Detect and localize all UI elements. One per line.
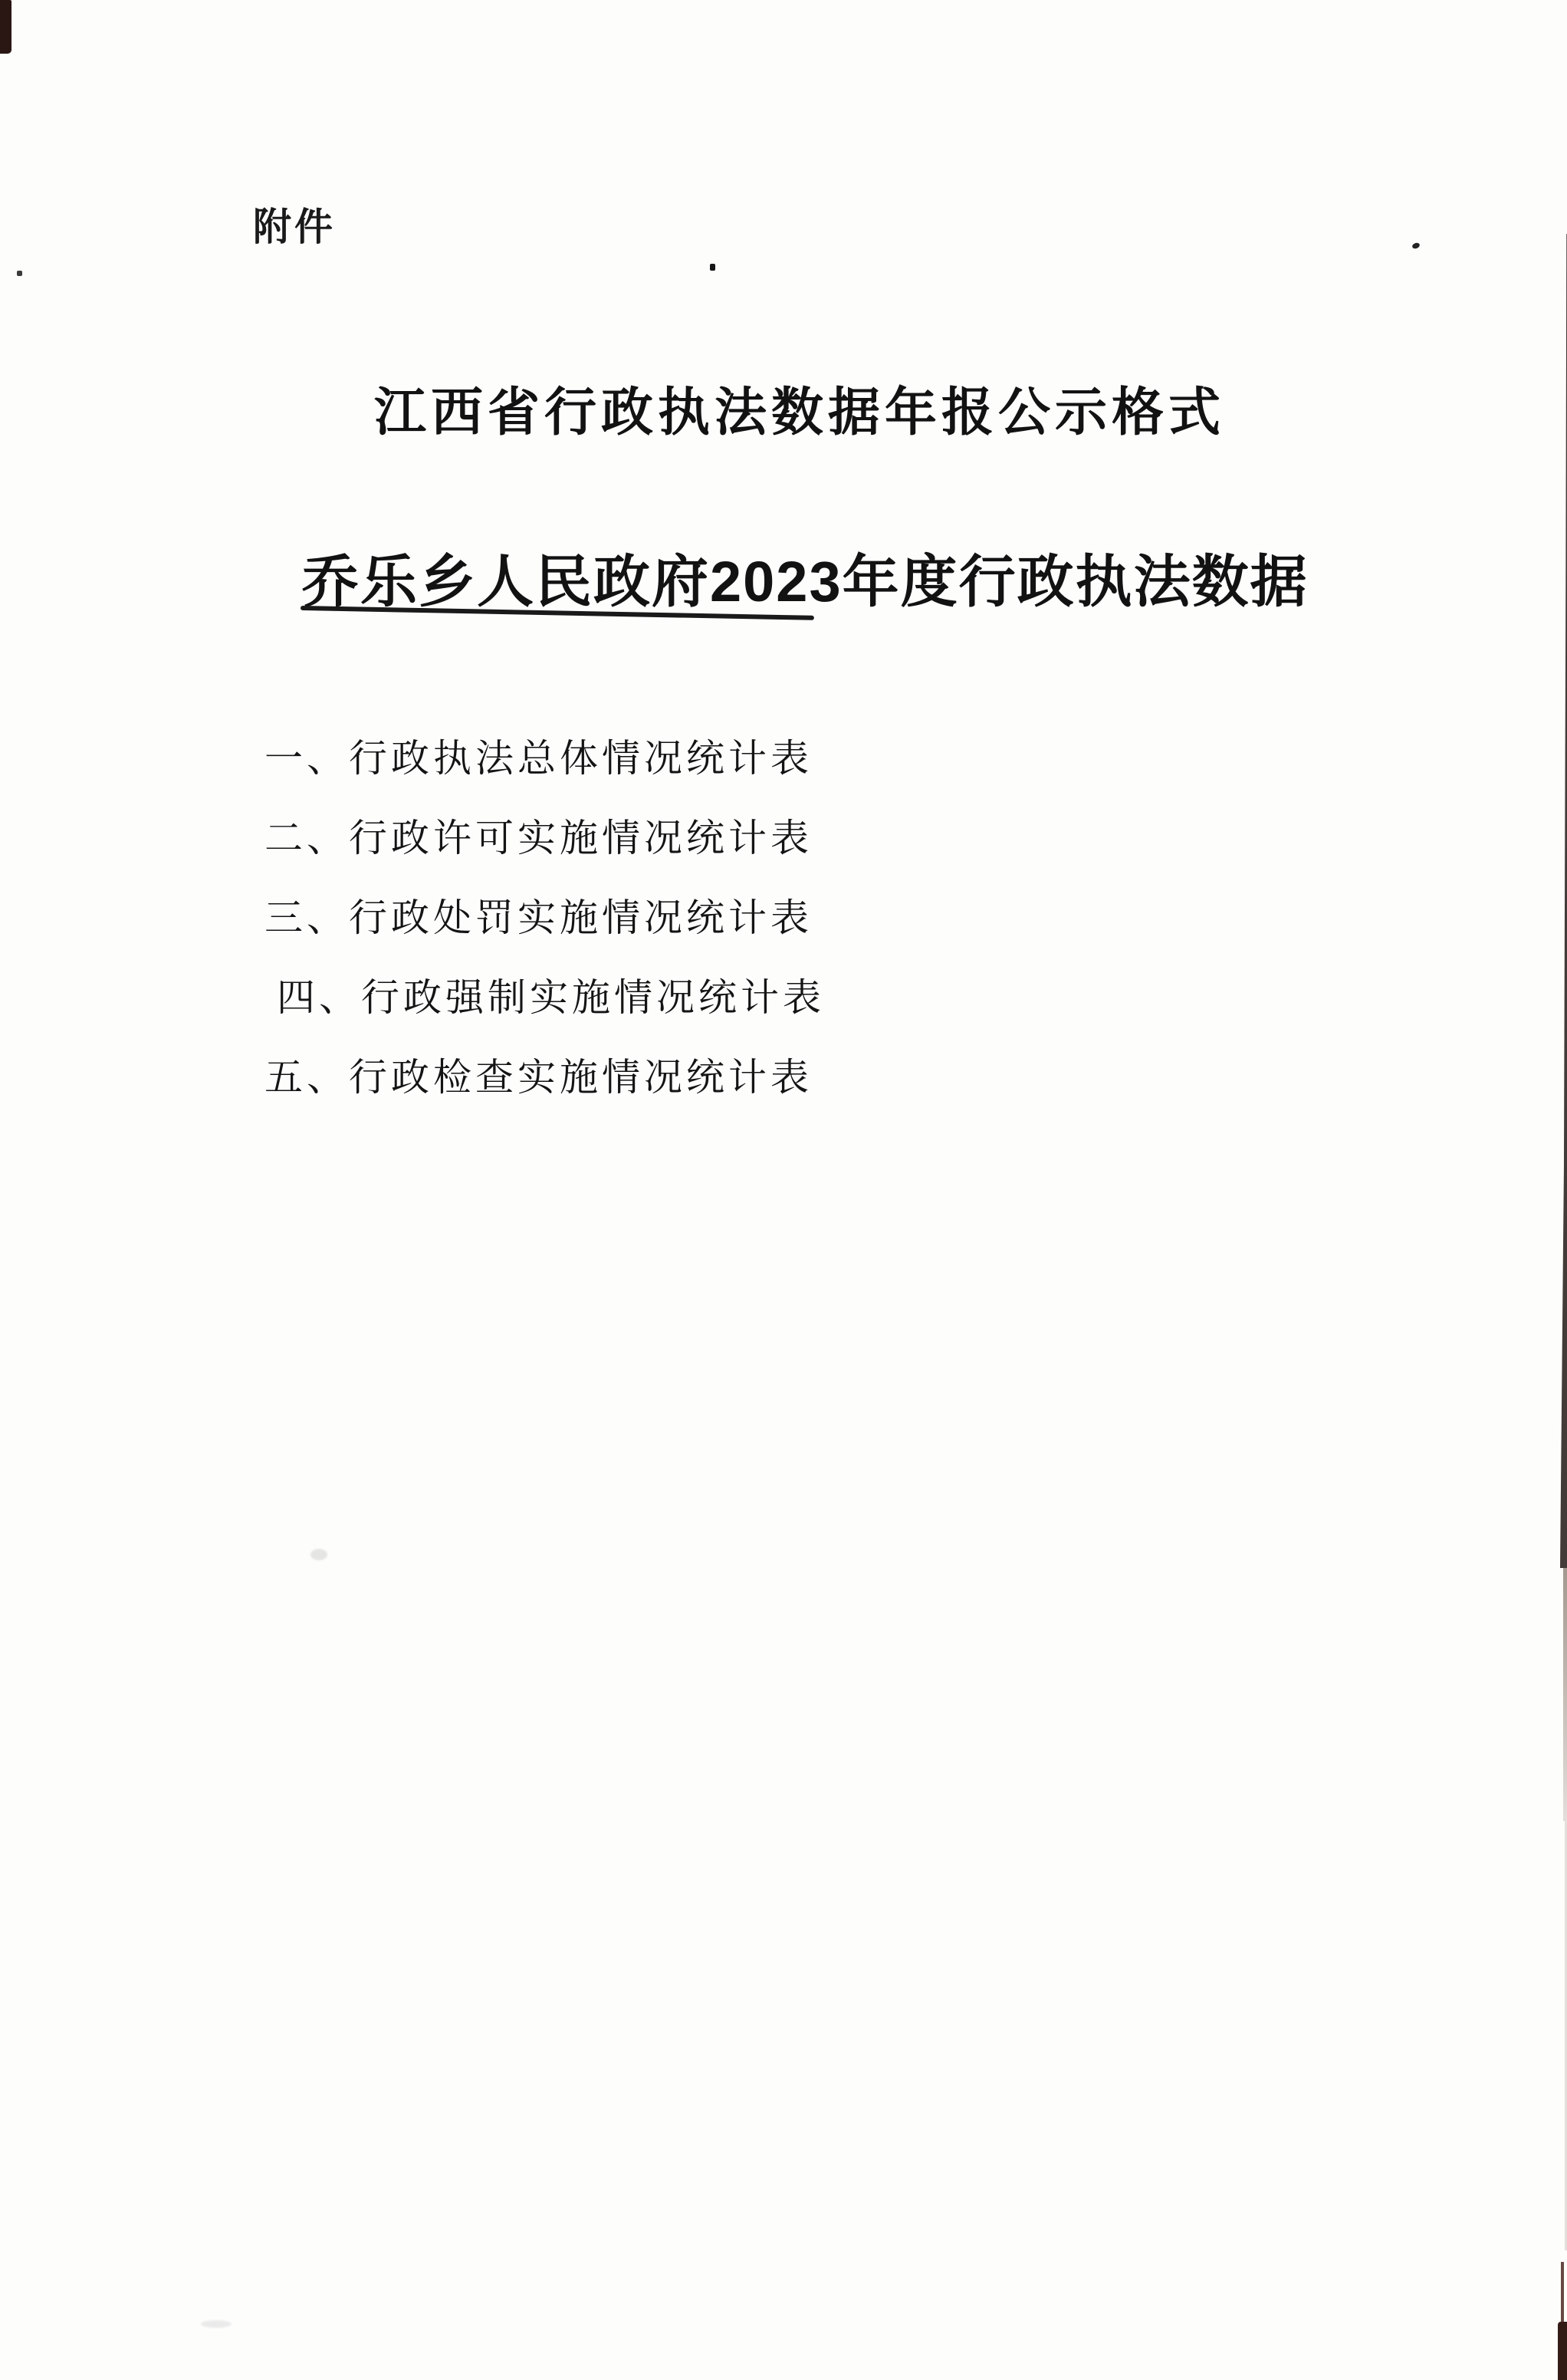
toc-item: 三、行政处罚实施情况统计表	[264, 897, 825, 935]
scan-artifact-right-edge-fade	[1563, 1568, 1567, 1821]
scan-artifact-bottom-right-thin	[1561, 2262, 1564, 2331]
toc-list: 一、行政执法总体情况统计表 二、行政许可实施情况统计表 三、行政处罚实施情况统计…	[264, 738, 825, 1136]
scan-speck	[1411, 242, 1421, 250]
document-title: 江西省行政执法数据年报公示格式	[374, 371, 1225, 445]
scanned-document-page: 附件 江西省行政执法数据年报公示格式 乔乐乡人民政府2023年度行政执法数据 一…	[0, 0, 1567, 2380]
attachment-label: 附件	[253, 196, 336, 251]
toc-item: 一、行政执法总体情况统计表	[264, 738, 825, 776]
subtitle-underlined-part: 乔乐乡人民政府2023	[302, 550, 843, 613]
scan-speck	[710, 264, 715, 271]
document-subtitle: 乔乐乡人民政府2023年度行政执法数据	[302, 537, 1309, 618]
subtitle-rest-part: 年度行政执法数据	[843, 550, 1309, 613]
scan-smudge	[201, 2320, 232, 2328]
scan-artifact-top-left-corner	[0, 0, 11, 54]
toc-item: 二、行政许可实施情况统计表	[264, 817, 825, 856]
scan-speck	[17, 271, 22, 276]
toc-item: 五、行政检查实施情况统计表	[264, 1057, 825, 1095]
toc-item: 四、行政强制实施情况统计表	[277, 977, 825, 1015]
scan-smudge	[310, 1549, 327, 1560]
scan-artifact-right-edge	[1560, 234, 1567, 1568]
scan-artifact-bottom-right-band	[1558, 2322, 1567, 2380]
